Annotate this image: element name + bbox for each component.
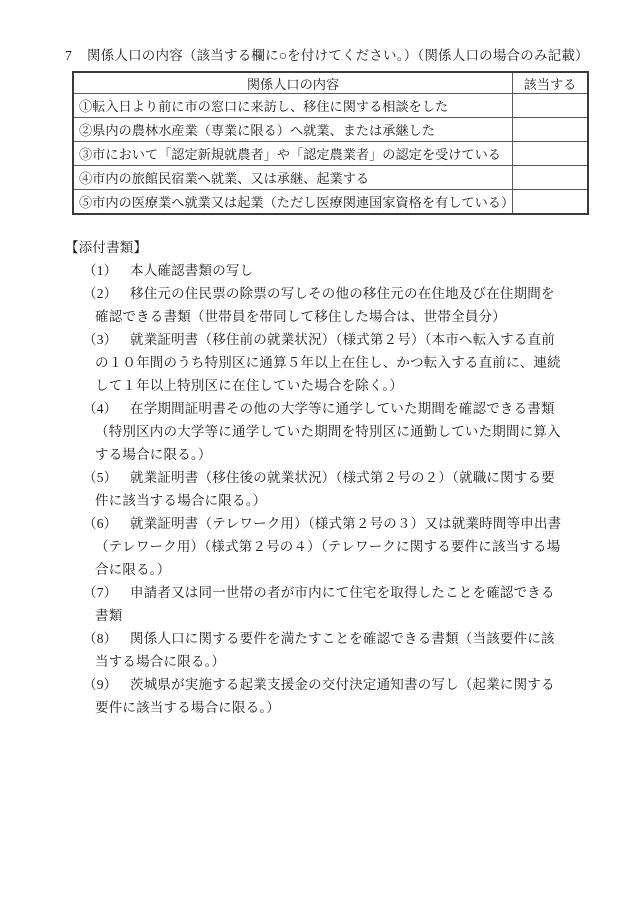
item-text: 申請者又は同一世帯の者が市内にて住宅を取得したことを確認できる書類 xyxy=(95,585,555,623)
item-number: （7） xyxy=(83,581,130,604)
item-text: 関係人口に関する要件を満たすことを確認できる書類（当該要件に該当する場合に限る。… xyxy=(95,631,555,669)
table-row: ⑤市内の医療業へ就業又は起業（ただし医療関連国家資格を有している） xyxy=(73,190,588,215)
item-number: （4） xyxy=(83,397,130,420)
applicable-mark-cell xyxy=(513,166,589,190)
attachment-item: （6）就業証明書（テレワーク用）（様式第２号の３）又は就業時間等申出書（テレワー… xyxy=(95,512,565,581)
attachment-item: （2）移住元の住民票の除票の写しその他の移住元の在住地及び在住期間を確認できる書… xyxy=(95,282,565,328)
item-text: 茨城県が実施する起業支援金の交付決定通知書の写し（起業に関する要件に該当する場合… xyxy=(95,677,555,715)
attachment-item: （9）茨城県が実施する起業支援金の交付決定通知書の写し（起業に関する要件に該当す… xyxy=(95,673,565,719)
item-number: （2） xyxy=(83,282,130,305)
attachment-item: （5）就業証明書（移住後の就業状況）（様式第２号の２）（就職に関する要件に該当す… xyxy=(95,466,565,512)
attachments-heading: 【添付書類】 xyxy=(65,236,567,259)
row-content: ⑤市内の医療業へ就業又は起業（ただし医療関連国家資格を有している） xyxy=(73,190,513,215)
item-number: （6） xyxy=(83,512,130,535)
section-heading: 7関係人口の内容（該当する欄に○を付けてください。）（関係人口の場合のみ記載） xyxy=(65,47,589,64)
item-number: （3） xyxy=(83,328,130,351)
attachment-item: （1）本人確認書類の写し xyxy=(95,259,565,282)
related-population-table: 関係人口の内容 該当する ①転入日より前に市の窓口に来訪し、移住に関する相談をし… xyxy=(72,71,589,215)
item-text: 本人確認書類の写し xyxy=(130,263,253,278)
document-page: 7関係人口の内容（該当する欄に○を付けてください。）（関係人口の場合のみ記載） … xyxy=(0,0,630,903)
row-content: ④市内の旅館民宿業へ就業、又は承継、起業する xyxy=(73,166,513,190)
table-header-row: 関係人口の内容 該当する xyxy=(73,72,588,94)
applicable-mark-cell xyxy=(513,142,589,166)
applicable-mark-cell xyxy=(513,190,589,215)
column-header-applicable: 該当する xyxy=(513,72,589,94)
attachment-item: （8）関係人口に関する要件を満たすことを確認できる書類（当該要件に該当する場合に… xyxy=(95,627,565,673)
item-number: （5） xyxy=(83,466,130,489)
section-number: 7 xyxy=(65,47,87,64)
applicable-mark-cell xyxy=(513,94,589,118)
item-number: （9） xyxy=(83,673,130,696)
section-title-text: 関係人口の内容（該当する欄に○を付けてください。）（関係人口の場合のみ記載） xyxy=(87,48,589,63)
item-text: 就業証明書（移住前の就業状況）（様式第２号）（本市へ転入する直前の１０年間のうち… xyxy=(95,332,561,393)
applicable-mark-cell xyxy=(513,118,589,142)
table-row: ③市において「認定新規就農者」や「認定農業者」の認定を受けている xyxy=(73,142,588,166)
attachment-item: （3）就業証明書（移住前の就業状況）（様式第２号）（本市へ転入する直前の１０年間… xyxy=(95,328,565,397)
row-content: ③市において「認定新規就農者」や「認定農業者」の認定を受けている xyxy=(73,142,513,166)
table-row: ④市内の旅館民宿業へ就業、又は承継、起業する xyxy=(73,166,588,190)
attachments-section: 【添付書類】 （1）本人確認書類の写し （2）移住元の住民票の除票の写しその他の… xyxy=(65,236,567,719)
item-number: （8） xyxy=(83,627,130,650)
item-number: （1） xyxy=(83,259,130,282)
row-content: ①転入日より前に市の窓口に来訪し、移住に関する相談をした xyxy=(73,94,513,118)
table-row: ②県内の農林水産業（専業に限る）へ就業、または承継した xyxy=(73,118,588,142)
item-text: 移住元の住民票の除票の写しその他の移住元の在住地及び在住期間を確認できる書類（世… xyxy=(95,286,555,324)
attachment-item: （4）在学期間証明書その他の大学等に通学していた期間を確認できる書類（特別区内の… xyxy=(95,397,565,466)
item-text: 就業証明書（テレワーク用）（様式第２号の３）又は就業時間等申出書（テレワーク用）… xyxy=(95,516,561,577)
row-content: ②県内の農林水産業（専業に限る）へ就業、または承継した xyxy=(73,118,513,142)
table-row: ①転入日より前に市の窓口に来訪し、移住に関する相談をした xyxy=(73,94,588,118)
item-text: 就業証明書（移住後の就業状況）（様式第２号の２）（就職に関する要件に該当する場合… xyxy=(95,470,555,508)
item-text: 在学期間証明書その他の大学等に通学していた期間を確認できる書類（特別区内の大学等… xyxy=(95,401,561,462)
attachment-item: （7）申請者又は同一世帯の者が市内にて住宅を取得したことを確認できる書類 xyxy=(95,581,565,627)
column-header-content: 関係人口の内容 xyxy=(73,72,513,94)
